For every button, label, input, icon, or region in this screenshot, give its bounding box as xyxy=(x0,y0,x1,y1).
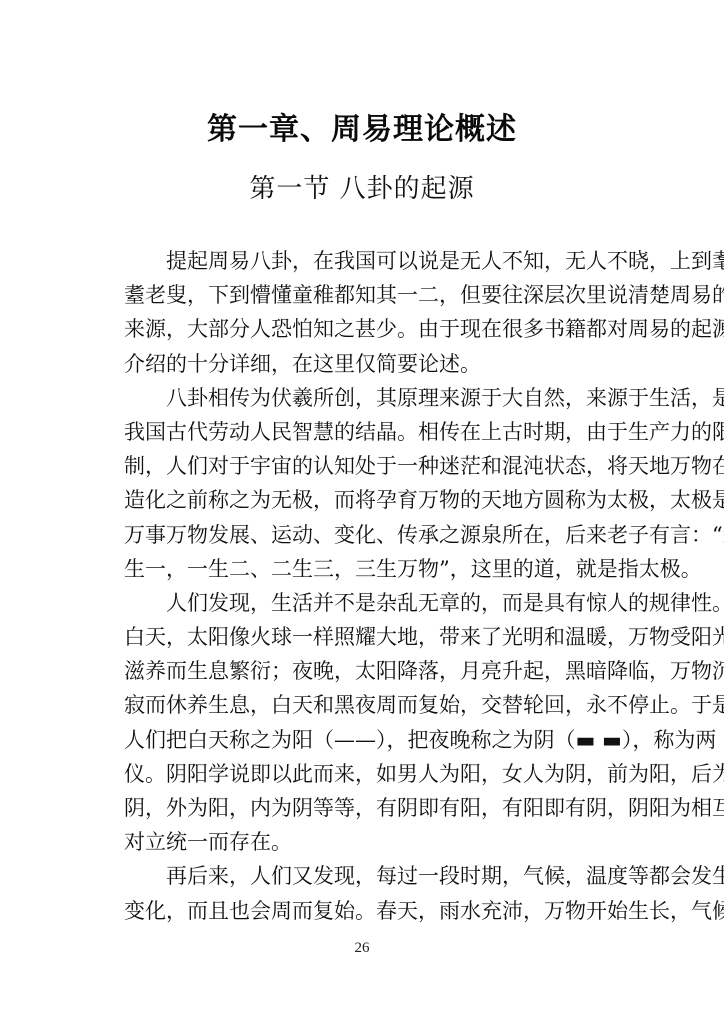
paragraph-3: 人们发现，生活并不是杂乱无章的，而是具有惊人的规律性。 白天，太阳像火球一样照耀… xyxy=(124,586,684,860)
text-line: 仪。阴阳学说即以此而来，如男人为阳，女人为阴，前为阳，后为 xyxy=(124,757,684,791)
chapter-title: 第一章、周易理论概述 xyxy=(0,104,724,148)
book-page: 第一章、周易理论概述 第一节 八卦的起源 提起周易八卦，在我国可以说是无人不知，… xyxy=(0,0,724,1024)
text-line: 生一，一生二、二生三，三生万物”，这里的道，就是指太极。 xyxy=(124,552,684,586)
paragraph-4: 再后来，人们又发现，每过一段时期，气候，温度等都会发生 变化，而且也会周而复始。… xyxy=(124,859,684,927)
section-title: 第一节 八卦的起源 xyxy=(0,168,724,205)
text-line: 阴，外为阳，内为阴等等，有阴即有阳，有阳即有阴，阴阳为相互 xyxy=(124,791,684,825)
text-line: 提起周易八卦，在我国可以说是无人不知，无人不晓，上到耄 xyxy=(124,244,684,278)
body-text: 提起周易八卦，在我国可以说是无人不知，无人不晓，上到耄 耋老叟，下到懵懂童稚都知… xyxy=(124,244,684,928)
text-line: 造化之前称之为无极，而将孕育万物的天地方圆称为太极，太极是 xyxy=(124,483,684,517)
text-line: 人们发现，生活并不是杂乱无章的，而是具有惊人的规律性。 xyxy=(124,586,684,620)
paragraph-2: 八卦相传为伏羲所创，其原理来源于大自然，来源于生活，是 我国古代劳动人民智慧的结… xyxy=(124,381,684,586)
text-line: 对立统一而存在。 xyxy=(124,825,684,859)
text-line: 我国古代劳动人民智慧的结晶。相传在上古时期，由于生产力的限 xyxy=(124,415,684,449)
text-line: 滋养而生息繁衍；夜晚，太阳降落，月亮升起，黑暗降临，万物沉 xyxy=(124,654,684,688)
text-line: 人们把白天称之为阳（——），把夜晚称之为阴（▬ ▬），称为两 xyxy=(124,723,684,757)
text-line: 再后来，人们又发现，每过一段时期，气候，温度等都会发生 xyxy=(124,859,684,893)
text-line: 耋老叟，下到懵懂童稚都知其一二，但要往深层次里说清楚周易的 xyxy=(124,278,684,312)
text-line: 制，人们对于宇宙的认知处于一种迷茫和混沌状态，将天地万物在 xyxy=(124,449,684,483)
paragraph-1: 提起周易八卦，在我国可以说是无人不知，无人不晓，上到耄 耋老叟，下到懵懂童稚都知… xyxy=(124,244,684,381)
text-line: 八卦相传为伏羲所创，其原理来源于大自然，来源于生活，是 xyxy=(124,381,684,415)
text-line: 变化，而且也会周而复始。春天，雨水充沛，万物开始生长，气候 xyxy=(124,894,684,928)
page-number: 26 xyxy=(0,940,724,957)
text-line: 白天，太阳像火球一样照耀大地，带来了光明和温暖，万物受阳光 xyxy=(124,620,684,654)
text-line: 寂而休养生息，白天和黑夜周而复始，交替轮回，永不停止。于是 xyxy=(124,688,684,722)
text-line: 万事万物发展、运动、变化、传承之源泉所在，后来老子有言：“道 xyxy=(124,518,684,552)
text-line: 介绍的十分详细，在这里仅简要论述。 xyxy=(124,347,684,381)
text-line: 来源，大部分人恐怕知之甚少。由于现在很多书籍都对周易的起源 xyxy=(124,312,684,346)
